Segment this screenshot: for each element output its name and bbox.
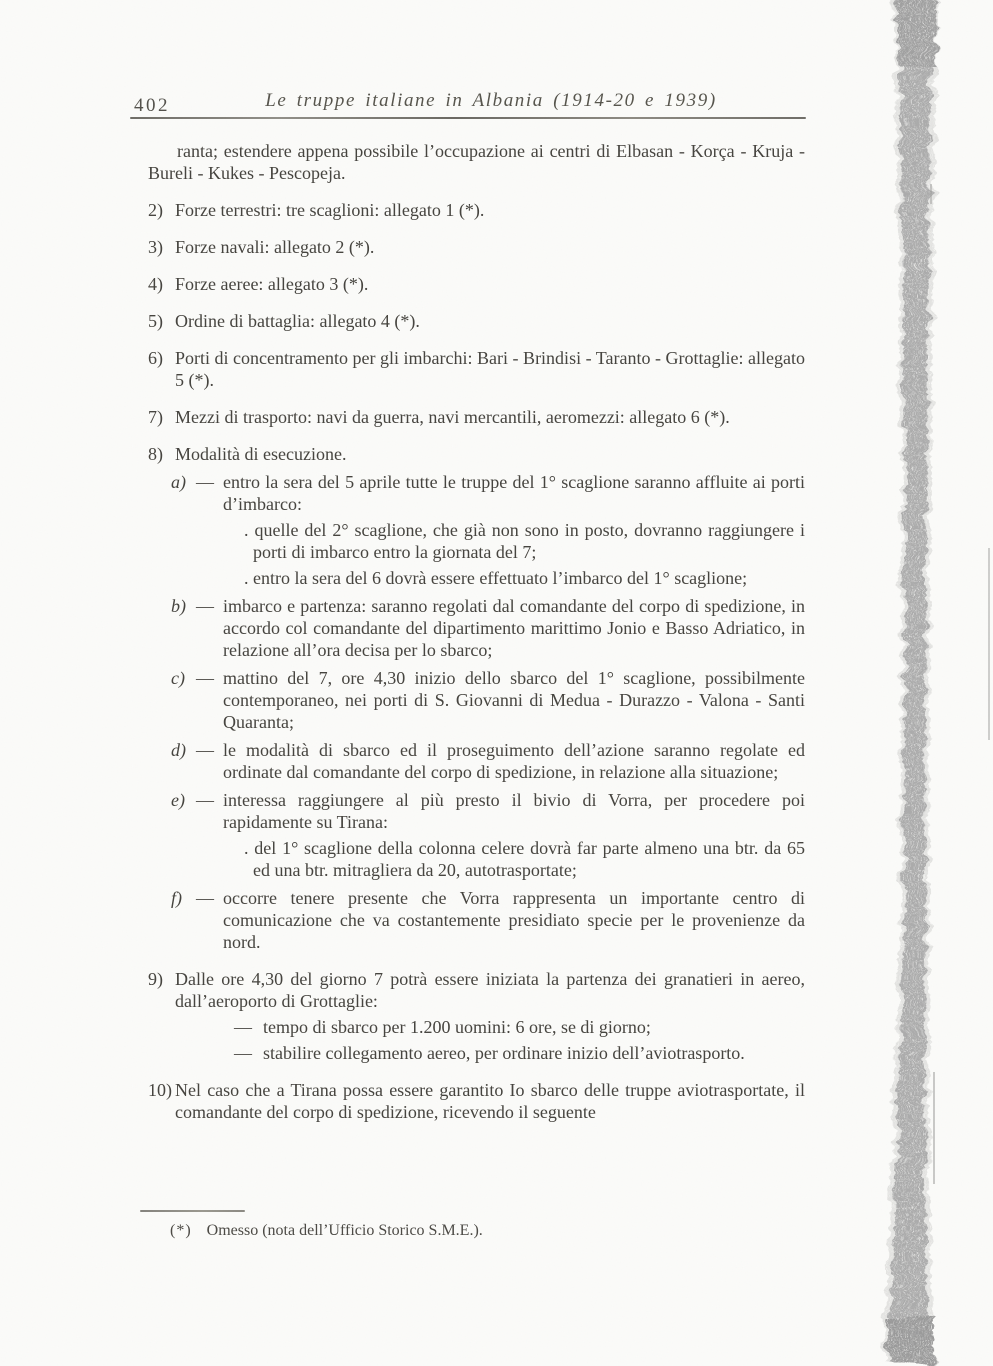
item-text: Ordine di battaglia: allegato 4 (*). [175,310,805,332]
item-text: occorre tenere presente che Vorra rappre… [223,887,805,953]
scan-artifact-line [930,184,932,204]
item-number: 7) [148,406,175,428]
footnote-marker: (*) [170,1222,192,1239]
footnote-text: Omesso (nota dell’Ufficio Storico S.M.E.… [207,1222,483,1239]
header-rule [130,117,806,119]
list-item-6: 6)Porti di concentramento per gli imbarc… [148,347,805,391]
em-dash: — [196,739,223,783]
item-letter: b) [171,595,196,661]
scan-artifact-line [933,1072,935,1184]
item-text: Forze aeree: allegato 3 (*). [175,273,805,295]
running-title: Le truppe italiane in Albania (1914-20 e… [130,90,806,112]
list-item-5: 5)Ordine di battaglia: allegato 4 (*). [148,310,805,332]
page-number: 402 [134,95,170,117]
item-text: Dalle ore 4,30 del giorno 7 potrà essere… [175,968,805,1012]
scanned-book-page: 402 Le truppe italiane in Albania (1914-… [0,0,993,1366]
item-text: Porti di concentramento per gli imbarchi… [175,347,805,391]
item-text: Forze navali: allegato 2 (*). [175,236,805,258]
item-letter: e) [171,789,196,833]
sub-item-f: f)—occorre tenere presente che Vorra rap… [148,887,805,953]
list-item-9: 9)Dalle ore 4,30 del giorno 7 potrà esse… [148,968,805,1012]
list-item-10: 10)Nel caso che a Tirana possa essere ga… [148,1079,805,1123]
item-letter: c) [171,667,196,733]
sub-item-b: b)—imbarco e partenza: saranno regolati … [148,595,805,661]
sub-item-a: a)—entro la sera del 5 aprile tutte le t… [148,471,805,515]
item-number: 10) [148,1079,175,1123]
list-item-7: 7)Mezzi di trasporto: navi da guerra, na… [148,406,805,428]
em-dash: — [196,471,223,515]
dash-sub-item: —tempo di sbarco per 1.200 uomini: 6 ore… [148,1016,805,1038]
sub-item-d: d)—le modalità di sbarco ed il proseguim… [148,739,805,783]
footnote-rule [140,1210,245,1212]
item-number: 8) [148,443,175,465]
sub-item-e: e)—interessa raggiungere al più presto i… [148,789,805,833]
page-body: ranta; estendere appena possibile l’occu… [148,140,805,1123]
scan-binding-shadow [858,0,958,1366]
binding-shadow-top-cap [896,0,936,66]
item-number: 5) [148,310,175,332]
item-number: 6) [148,347,175,391]
em-dash: — [196,595,223,661]
page-header: 402 Le truppe italiane in Albania (1914-… [130,90,806,116]
item-number: 2) [148,199,175,221]
item-text: mattino del 7, ore 4,30 inizio dello sba… [223,667,805,733]
paragraph-continuation: ranta; estendere appena possibile l’occu… [148,140,805,184]
sub-item-c: c)—mattino del 7, ore 4,30 inizio dello … [148,667,805,733]
binding-shadow-shape [890,0,932,1366]
item-letter: f) [171,887,196,953]
footnote-line: (*)Omesso (nota dell’Ufficio Storico S.M… [170,1221,820,1241]
em-dash: — [196,789,223,833]
dot-sub-item: . entro la sera del 6 dovrà essere effet… [244,567,805,589]
binding-shadow-halo [884,0,938,1366]
item-number: 4) [148,273,175,295]
list-item-4: 4)Forze aeree: allegato 3 (*). [148,273,805,295]
em-dash: — [196,667,223,733]
dot-sub-item: . del 1° scaglione della colonna celere … [244,837,805,881]
item-letter: d) [171,739,196,783]
scan-artifact-line [988,548,990,740]
em-dash: — [234,1016,263,1038]
item-text: Mezzi di trasporto: navi da guerra, navi… [175,406,805,428]
item-number: 9) [148,968,175,1012]
item-text: le modalità di sbarco ed il proseguiment… [223,739,805,783]
item-text: interessa raggiungere al più presto il b… [223,789,805,833]
item-text: Nel caso che a Tirana possa essere garan… [175,1079,805,1123]
item-text: tempo di sbarco per 1.200 uomini: 6 ore,… [263,1016,805,1038]
footnote: (*)Omesso (nota dell’Ufficio Storico S.M… [140,1210,820,1241]
item-number: 3) [148,236,175,258]
binding-shadow-foot [888,1318,934,1366]
em-dash: — [196,887,223,953]
item-letter: a) [171,471,196,515]
item-text: entro la sera del 5 aprile tutte le trup… [223,471,805,515]
ordered-list: 2)Forze terrestri: tre scaglioni: allega… [148,199,805,1123]
item-text: stabilire collegamento aereo, per ordina… [263,1042,805,1064]
list-item-8: 8)Modalità di esecuzione. [148,443,805,465]
dash-sub-item: —stabilire collegamento aereo, per ordin… [148,1042,805,1064]
dot-sub-item: . quelle del 2° scaglione, che già non s… [244,519,805,563]
item-text: Forze terrestri: tre scaglioni: allegato… [175,199,805,221]
item-text: imbarco e partenza: saranno regolati dal… [223,595,805,661]
item-text: Modalità di esecuzione. [175,443,805,465]
em-dash: — [234,1042,263,1064]
list-item-2: 2)Forze terrestri: tre scaglioni: allega… [148,199,805,221]
list-item-3: 3)Forze navali: allegato 2 (*). [148,236,805,258]
